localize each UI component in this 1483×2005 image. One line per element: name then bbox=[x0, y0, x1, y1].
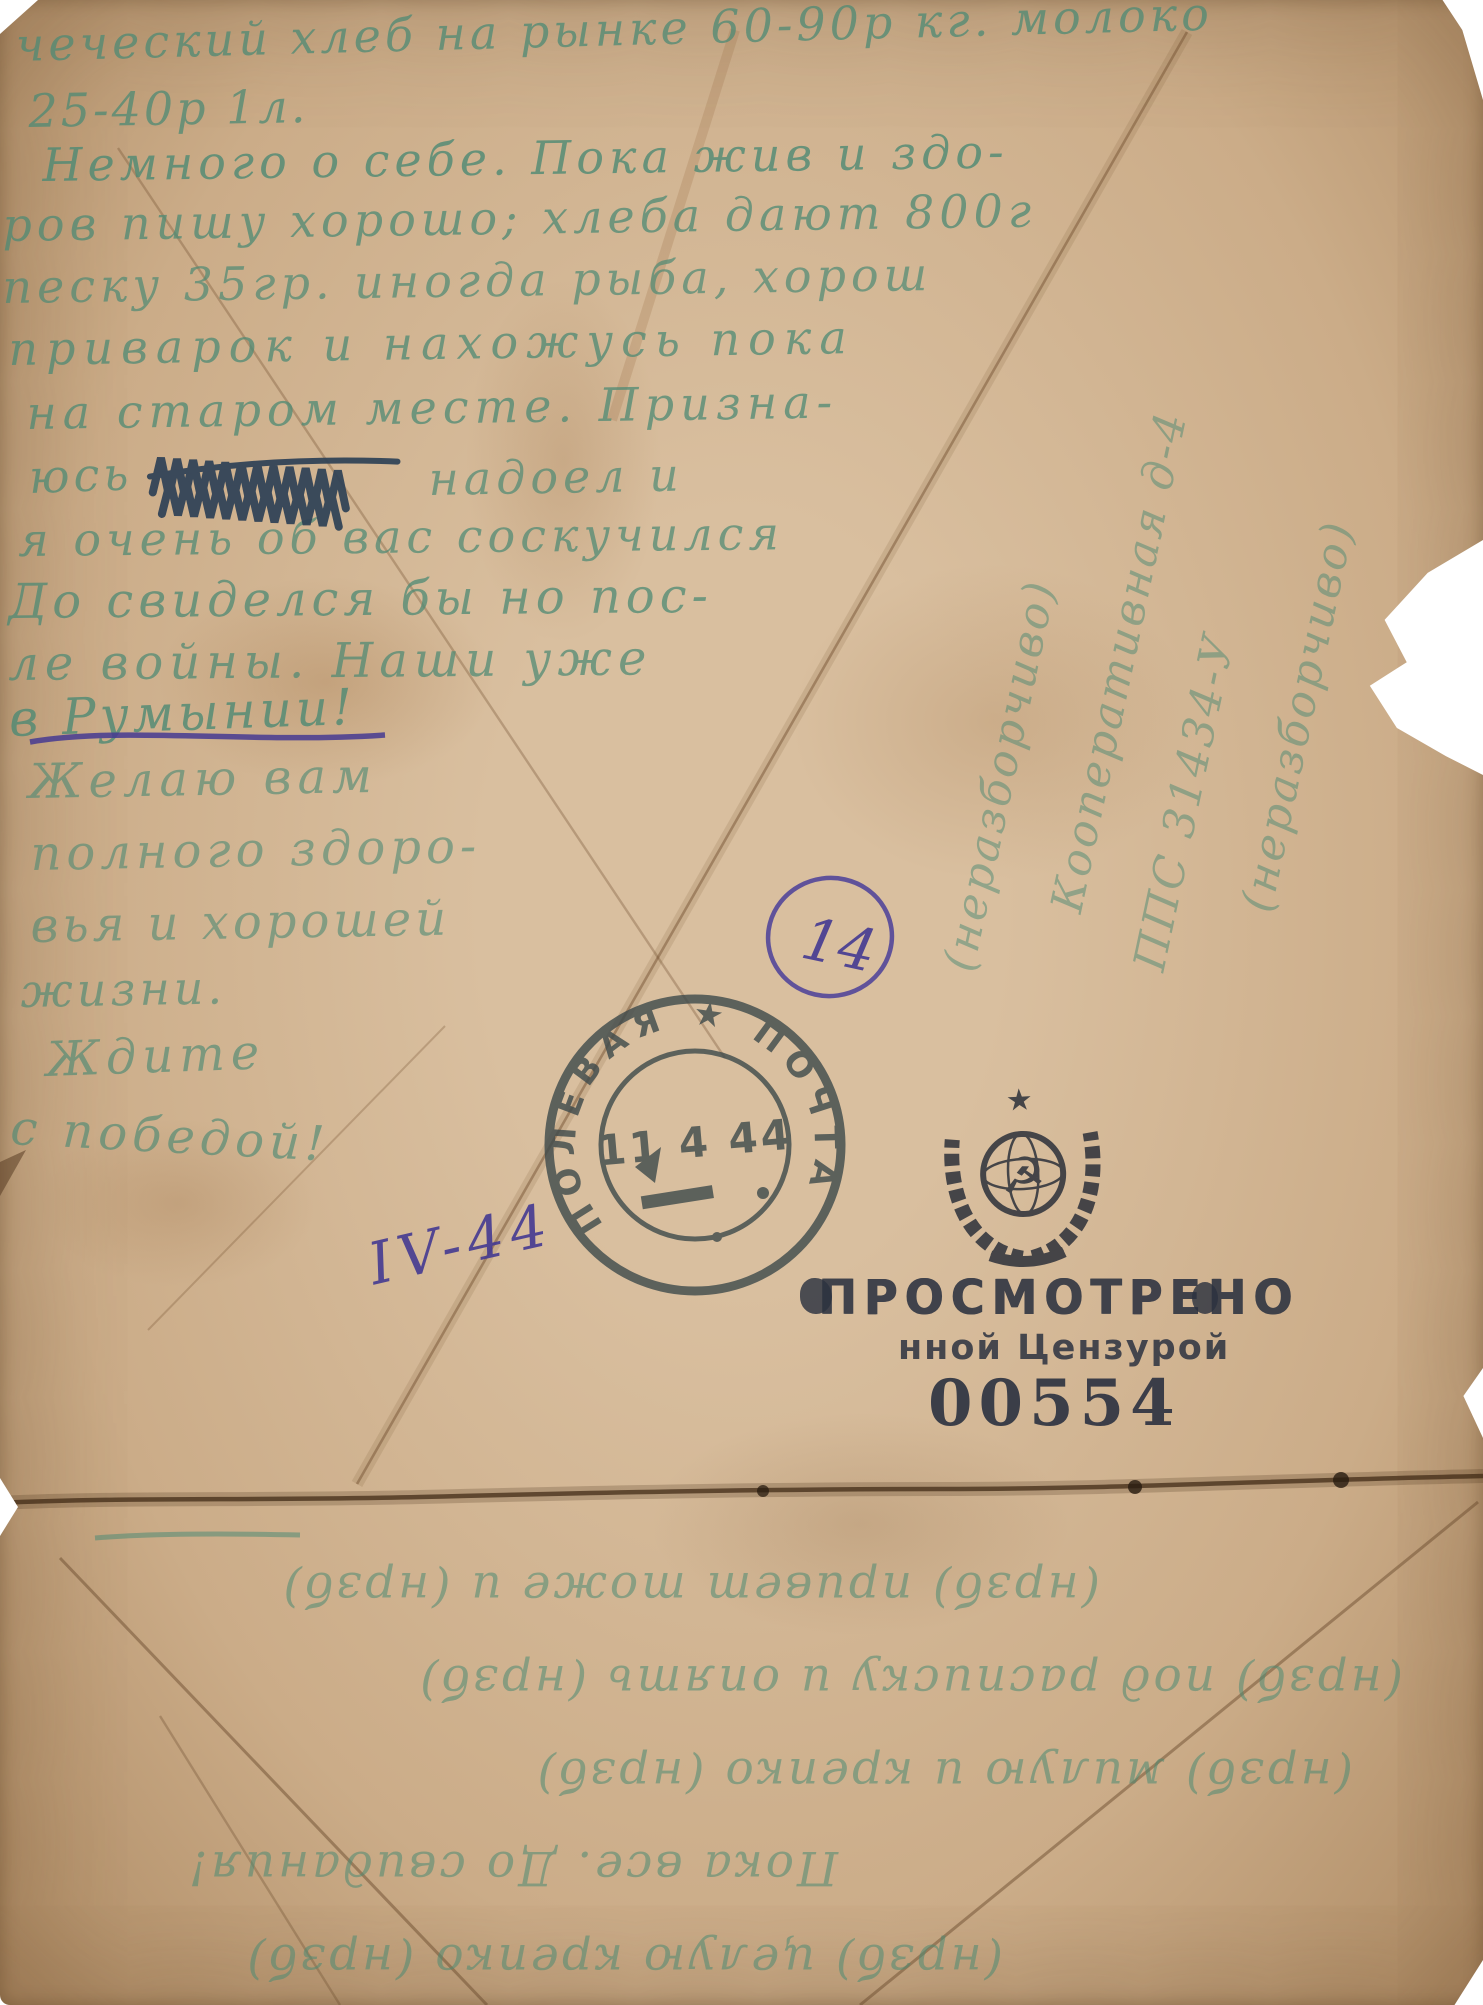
stamp-smudge-right bbox=[1192, 1282, 1218, 1314]
censor-crossout-scribble bbox=[0, 0, 1483, 2005]
scanned-letter: чеческий хлеб на рынке 60-90р кг. молоко… bbox=[0, 0, 1483, 2005]
stamp-smudge-left bbox=[800, 1278, 832, 1314]
